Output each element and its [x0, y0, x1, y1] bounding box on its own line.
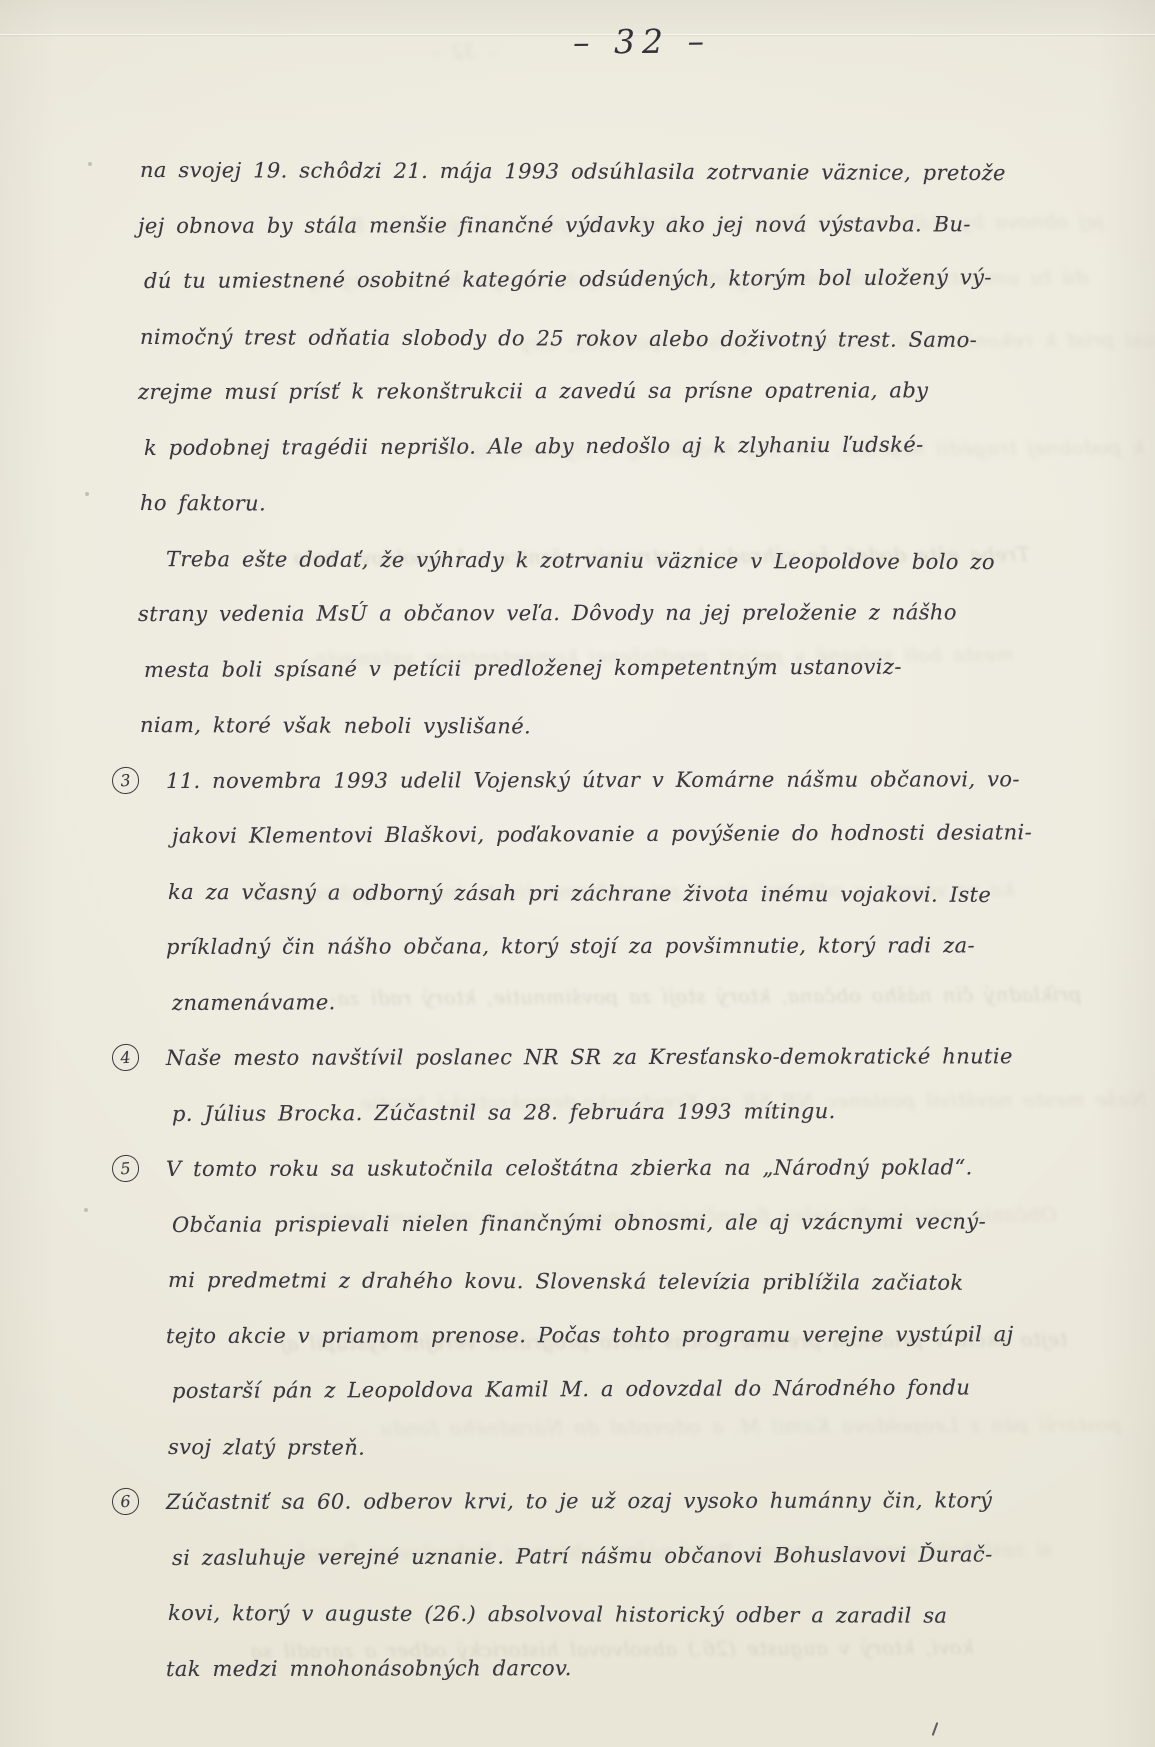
text-line: nimočný trest odňatia slobody do 25 roko… [140, 310, 1035, 369]
text-line: jakovi Klementovi Blaškovi, poďakovanie … [172, 805, 1039, 864]
text-line: Treba ešte dodať, že výhrady k zotrvaniu… [140, 532, 1035, 591]
text-line: postarší pán z Leopoldova Kamil M. a odo… [172, 1360, 1039, 1419]
text-line: dú tu umiestnené osobitné kategórie odsú… [144, 250, 1039, 309]
handwritten-text: na svojej 19. schôdzi 21. mája 1993 odsú… [140, 143, 1035, 1697]
text-line: na svojej 19. schôdzi 21. mája 1993 odsú… [140, 143, 1035, 202]
text-line: Občania prispievali nielen finančnými ob… [172, 1194, 1039, 1253]
text-line: svoj zlatý prsteň. [168, 1420, 1035, 1479]
text-line: Naše mesto navštívil poslanec NR SR za K… [166, 1029, 1033, 1086]
bleedthrough-text: – 32 – [430, 40, 497, 63]
page-number: – 32 – [552, 21, 732, 62]
text-line: strany vedenia MsÚ a občanov veľa. Dôvod… [138, 585, 1033, 642]
margin-pencil-dot [84, 1208, 88, 1212]
margin-pencil-dot [85, 492, 89, 496]
numbered-item-6: 6 Zúčastniť sa 60. odberov krvi, to je u… [140, 1475, 1035, 1697]
item-number-circle: 5 [111, 1154, 140, 1183]
text-line: tak medzi mnohonásobných darcov. [166, 1640, 1033, 1697]
scanned-manuscript-page: { "page": { "number_label": "– 32 –" }, … [0, 0, 1155, 1747]
text-line: zrejme musí prísť k rekonštrukcii a zave… [138, 363, 1033, 420]
item-number-circle: 4 [111, 1043, 140, 1072]
text-line: si zasluhuje verejné uznanie. Patrí nášm… [172, 1527, 1039, 1586]
numbered-item-5: 5 V tomto roku sa uskutočnila celoštátna… [140, 1142, 1035, 1475]
text-line: V tomto roku sa uskutočnila celoštátna z… [166, 1140, 1033, 1197]
text-line: p. Július Brocka. Zúčastnil sa 28. febru… [172, 1083, 1039, 1142]
item-number-circle: 3 [111, 765, 140, 794]
paragraph-continuation: na svojej 19. schôdzi 21. mája 1993 odsú… [140, 143, 1035, 532]
numbered-item-4: 4 Naše mesto navštívil poslanec NR SR za… [140, 1031, 1035, 1142]
text-line: ho faktoru. [140, 476, 1035, 535]
stray-pen-mark [932, 1722, 939, 1736]
numbered-item-3: 3 11. novembra 1993 udelil Vojenský útva… [140, 754, 1035, 1032]
text-line: tejto akcie v priamom prenose. Počas toh… [166, 1307, 1033, 1364]
text-line: ka za včasný a odborný zásah pri záchran… [168, 865, 1035, 924]
text-line: mi predmetmi z drahého kovu. Slovenská t… [168, 1253, 1035, 1312]
margin-pencil-dot [88, 162, 92, 166]
paragraph-remarks: Treba ešte dodať, že výhrady k zotrvaniu… [140, 532, 1035, 754]
text-line: k podobnej tragédii neprišlo. Ale aby ne… [144, 417, 1039, 476]
text-line: znamenávame. [172, 972, 1039, 1031]
text-line: 11. novembra 1993 udelil Vojenský útvar … [166, 752, 1033, 809]
item-number-circle: 6 [111, 1487, 140, 1516]
text-line: jej obnova by stála menšie finančné výda… [138, 197, 1033, 254]
text-line: príkladný čin nášho občana, ktorý stojí … [166, 918, 1033, 975]
text-line: kovi, ktorý v auguste (26.) absolvoval h… [168, 1586, 1035, 1645]
text-line: Zúčastniť sa 60. odberov krvi, to je už … [166, 1473, 1033, 1530]
text-line: mesta boli spísané v petícii predloženej… [144, 639, 1039, 698]
text-line: niam, ktoré však neboli vyslišané. [140, 698, 1035, 757]
